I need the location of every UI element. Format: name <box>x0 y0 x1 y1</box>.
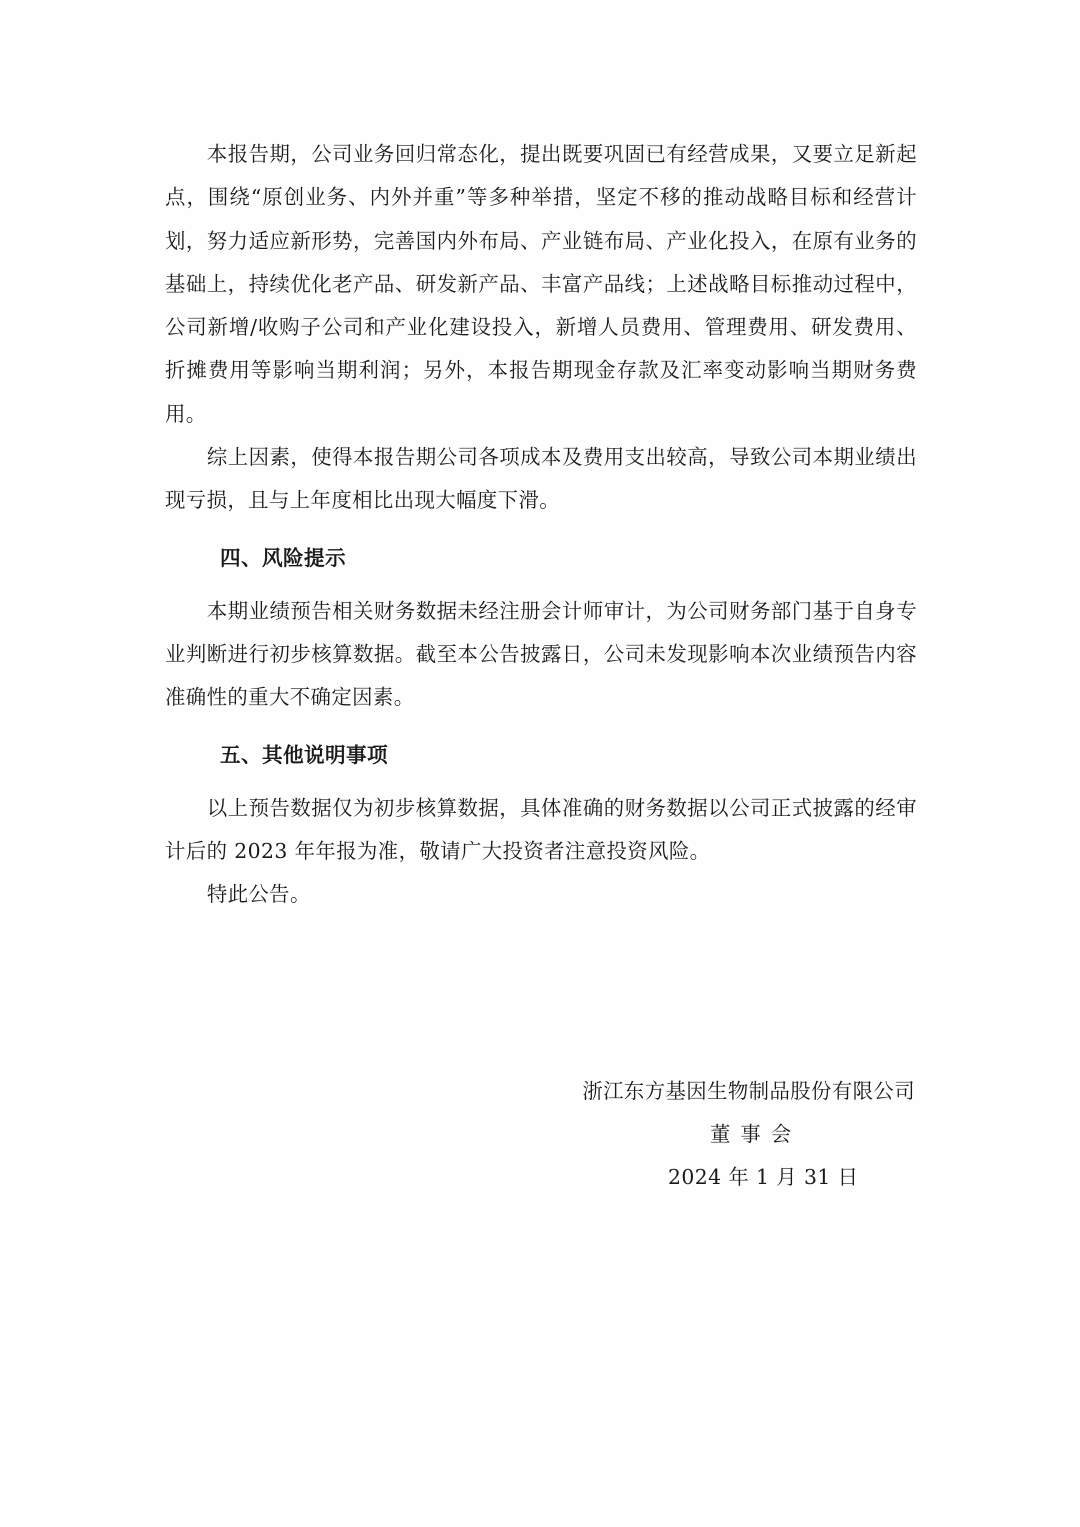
signature-board: 董事会 <box>560 1113 920 1156</box>
section-heading-risk-notice: 四、风险提示 <box>165 537 917 580</box>
paragraph-business-overview: 本报告期，公司业务回归常态化，提出既要巩固已有经营成果，又要立足新起点，围绕“原… <box>165 133 917 436</box>
section-heading-other-notes: 五、其他说明事项 <box>165 734 917 777</box>
signature-date: 2024 年 1 月 31 日 <box>560 1156 920 1199</box>
paragraph-other-notes: 以上预告数据仅为初步核算数据，具体准确的财务数据以公司正式披露的经审计后的 20… <box>165 787 917 874</box>
spacer <box>165 523 917 537</box>
signature-block: 浙江东方基因生物制品股份有限公司 董事会 2024 年 1 月 31 日 <box>560 1070 920 1199</box>
paragraph-risk-notice: 本期业绩预告相关财务数据未经注册会计师审计，为公司财务部门基于自身专业判断进行初… <box>165 590 917 720</box>
paragraph-conclusion: 综上因素，使得本报告期公司各项成本及费用支出较高，导致公司本期业绩出现亏损，且与… <box>165 436 917 523</box>
document-body: 本报告期，公司业务回归常态化，提出既要巩固已有经营成果，又要立足新起点，围绕“原… <box>165 133 917 916</box>
spacer <box>165 580 917 590</box>
paragraph-closing: 特此公告。 <box>165 873 917 916</box>
document-page: 本报告期，公司业务回归常态化，提出既要巩固已有经营成果，又要立足新起点，围绕“原… <box>0 0 1080 1527</box>
spacer <box>165 777 917 787</box>
spacer <box>165 720 917 734</box>
signature-company: 浙江东方基因生物制品股份有限公司 <box>560 1070 920 1113</box>
